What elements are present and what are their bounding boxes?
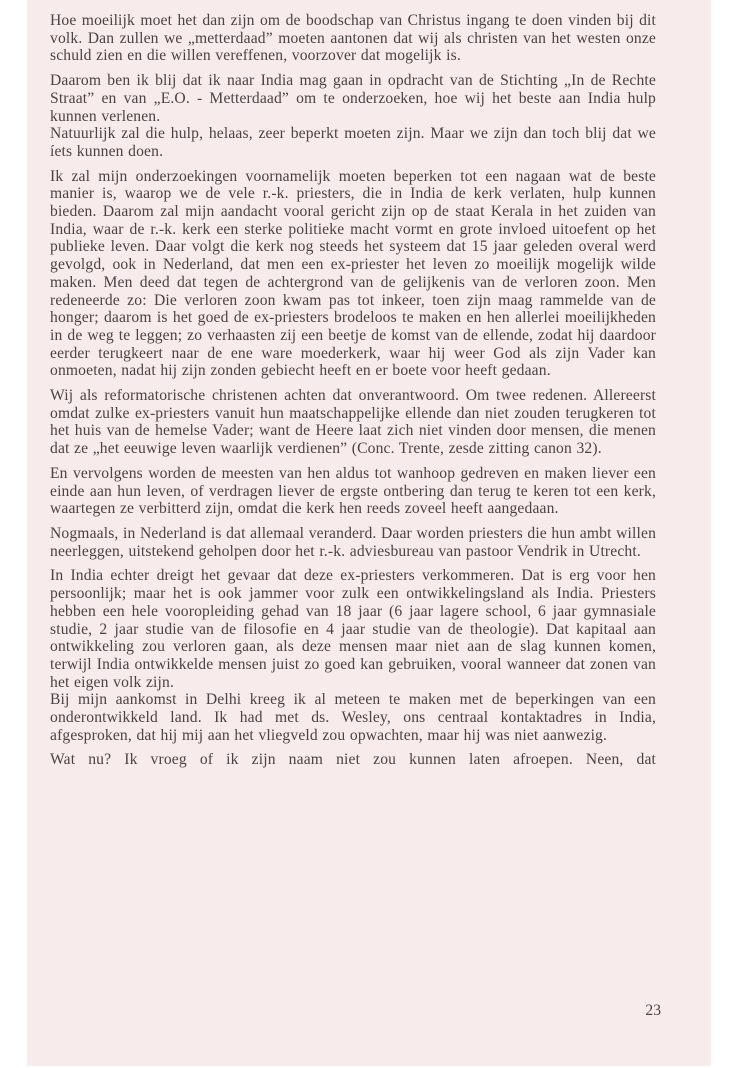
paragraph: Wij als reformatorische christenen achte… xyxy=(50,387,656,458)
body-text: Hoe moeilijk moet het dan zijn om de boo… xyxy=(50,12,656,769)
paragraph-last: Wat nu? Ik vroeg of ik zijn naam niet zo… xyxy=(50,751,656,769)
page-number: 23 xyxy=(645,1002,661,1020)
paragraph: Daarom ben ik blij dat ik naar India mag… xyxy=(50,72,656,125)
paragraph: En vervolgens worden de meesten van hen … xyxy=(50,465,656,518)
paragraph: Nogmaals, in Nederland is dat allemaal v… xyxy=(50,525,656,560)
paragraph: Hoe moeilijk moet het dan zijn om de boo… xyxy=(50,12,656,65)
book-page: Hoe moeilijk moet het dan zijn om de boo… xyxy=(27,0,711,1066)
paragraph: In India echter dreigt het gevaar dat de… xyxy=(50,567,656,691)
paragraph: Ik zal mijn onderzoekingen voornamelijk … xyxy=(50,168,656,380)
paragraph: Bij mijn aankomst in Delhi kreeg ik al m… xyxy=(50,691,656,744)
paragraph: Natuurlijk zal die hulp, helaas, zeer be… xyxy=(50,125,656,160)
